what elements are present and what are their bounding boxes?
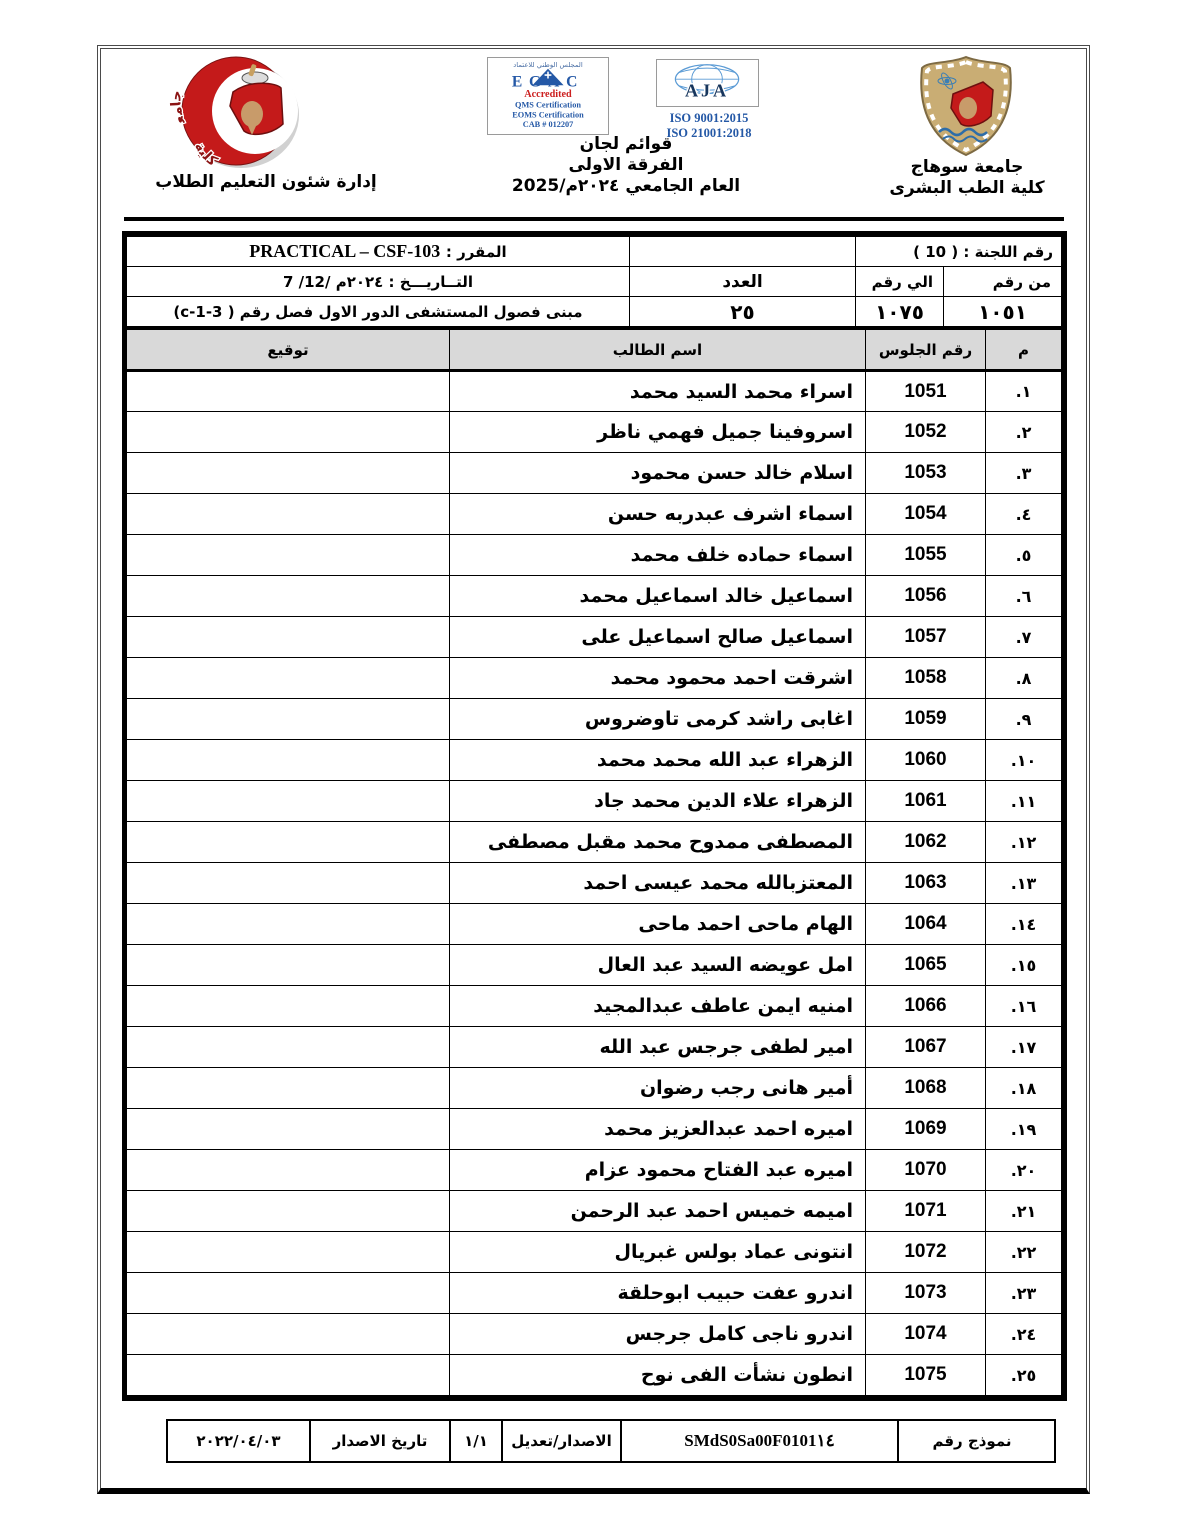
iso-9001-label: ISO 9001:2015 (634, 111, 784, 126)
row-signature-cell (127, 904, 450, 945)
students-table-header: م رقم الجلوس اسم الطالب توقيع (127, 329, 1062, 371)
row-signature-cell (127, 1232, 450, 1273)
row-serial: ٧. (986, 617, 1062, 658)
row-student-name: اسماء اشرف عبدربه حسن (450, 494, 866, 535)
signature-header: توقيع (127, 329, 450, 371)
row-seat-number: 1061 (866, 781, 986, 822)
row-signature-cell (127, 535, 450, 576)
table-row: ٨.1058اشرقت احمد محمود محمد (127, 658, 1062, 699)
table-row: ٦.1056اسماعيل خالد اسماعيل محمد (127, 576, 1062, 617)
svg-text:EOMS Certification: EOMS Certification (512, 110, 584, 119)
svg-text:Accredited: Accredited (524, 89, 572, 100)
row-student-name: امنيه ايمن عاطف عبدالمجيد (450, 986, 866, 1027)
row-signature-cell (127, 781, 450, 822)
row-seat-number: 1051 (866, 371, 986, 412)
svg-text:AJA: AJA (685, 80, 729, 100)
row-student-name: اميمه خميس احمد عبد الرحمن (450, 1191, 866, 1232)
table-row: ٣.1053اسلام خالد حسن محمود (127, 453, 1062, 494)
table-row: ٢٥.1075انطون نشأت الفى نوح (127, 1355, 1062, 1396)
row-seat-number: 1054 (866, 494, 986, 535)
row-signature-cell (127, 1068, 450, 1109)
aja-globe-logo: AJA (656, 59, 759, 107)
row-student-name: اشرقت احمد محمود محمد (450, 658, 866, 699)
students-table: م رقم الجلوس اسم الطالب توقيع ١.1051اسرا… (126, 327, 1062, 1396)
table-row: ٩.1059اغابى راشد كرمى تاوضروس (127, 699, 1062, 740)
course-cell: المقرر : PRACTICAL – CSF-103 (127, 237, 630, 267)
row-seat-number: 1072 (866, 1232, 986, 1273)
row-signature-cell (127, 1191, 450, 1232)
row-serial: ٢١. (986, 1191, 1062, 1232)
row-seat-number: 1062 (866, 822, 986, 863)
row-signature-cell (127, 658, 450, 699)
row-serial: ٩. (986, 699, 1062, 740)
row-serial: ٢٣. (986, 1273, 1062, 1314)
row-student-name: الزهراء عبد الله محمد محمد (450, 740, 866, 781)
row-signature-cell (127, 822, 450, 863)
row-serial: ١٤. (986, 904, 1062, 945)
row-seat-number: 1068 (866, 1068, 986, 1109)
table-row: ١٣.1063المعتزبالله محمد عيسى احمد (127, 863, 1062, 904)
issue-value: ١/١ (450, 1420, 502, 1462)
row-signature-cell (127, 412, 450, 453)
from-number-label: من رقم (944, 267, 1062, 297)
from-number-value: ١٠٥١ (944, 297, 1062, 327)
page: { "header": { "right": { "university": "… (0, 0, 1187, 1536)
table-row: ٢٢.1072انتونى عماد بولس غبريال (127, 1232, 1062, 1273)
to-number-value: ١٠٧٥ (856, 297, 944, 327)
row-signature-cell (127, 617, 450, 658)
row-student-name: اسماء حماده خلف محمد (450, 535, 866, 576)
row-serial: ١٥. (986, 945, 1062, 986)
form-footer: نموذج رقم SMdS0Sa00F0101١٤ الاصدار/تعديل… (168, 1419, 1056, 1463)
row-signature-cell (127, 863, 450, 904)
row-signature-cell (127, 576, 450, 617)
row-serial: ٢٢. (986, 1232, 1062, 1273)
header-divider-rule (124, 217, 1064, 221)
row-signature-cell (127, 1027, 450, 1068)
row-seat-number: 1058 (866, 658, 986, 699)
row-serial: ٨. (986, 658, 1062, 699)
row-serial: ٣. (986, 453, 1062, 494)
row-serial: ١. (986, 371, 1062, 412)
svg-text:QMS Certification: QMS Certification (515, 101, 581, 110)
issue-date-label: تاريخ الاصدار (310, 1420, 450, 1462)
row-signature-cell (127, 1109, 450, 1150)
row-seat-number: 1069 (866, 1109, 986, 1150)
row-student-name: اميره عبد الفتاح محمود عزام (450, 1150, 866, 1191)
row-seat-number: 1070 (866, 1150, 986, 1191)
row-seat-number: 1074 (866, 1314, 986, 1355)
row-student-name: اسلام خالد حسن محمود (450, 453, 866, 494)
row-seat-number: 1059 (866, 699, 986, 740)
row-signature-cell (127, 1273, 450, 1314)
row-student-name: انطون نشأت الفى نوح (450, 1355, 866, 1396)
location-cell: مبنى فصول المستشفى الدور الاول فصل رقم (… (127, 297, 630, 327)
row-serial: ١١. (986, 781, 1062, 822)
row-signature-cell (127, 494, 450, 535)
row-signature-cell (127, 945, 450, 986)
faculty-of-medicine-crescent-logo: جامعة سوهاج كلية الطب (151, 52, 331, 170)
form-number-label: نموذج رقم (898, 1420, 1055, 1462)
row-seat-number: 1071 (866, 1191, 986, 1232)
egac-accreditation-logo: المجلس الوطني للاعتماد EGAC Accredited Q… (487, 57, 609, 135)
svg-text:المجلس الوطني للاعتماد: المجلس الوطني للاعتماد (513, 61, 583, 69)
student-rows: ١.1051اسراء محمد السيد محمد٢.1052اسروفين… (127, 371, 1062, 1396)
row-serial: ١٦. (986, 986, 1062, 1027)
row-student-name: أمير هانى رجب رضوان (450, 1068, 866, 1109)
row-student-name: الهام ماحى احمد ماحى (450, 904, 866, 945)
row-seat-number: 1055 (866, 535, 986, 576)
row-student-name: الزهراء علاء الدين محمد جاد (450, 781, 866, 822)
table-row: ٤.1054اسماء اشرف عبدربه حسن (127, 494, 1062, 535)
row-serial: ١٢. (986, 822, 1062, 863)
serial-header: م (986, 329, 1062, 371)
row-student-name: اسماعيل خالد اسماعيل محمد (450, 576, 866, 617)
faculty-name: كلية الطب البشرى (871, 178, 1063, 199)
row-serial: ٢٠. (986, 1150, 1062, 1191)
table-row: ٢٠.1070اميره عبد الفتاح محمود عزام (127, 1150, 1062, 1191)
row-student-name: اندرو عفت حبيب ابوحلقة (450, 1273, 866, 1314)
row-student-name: المصطفى ممدوح محمد مقبل مصطفى (450, 822, 866, 863)
table-row: ١٨.1068أمير هانى رجب رضوان (127, 1068, 1062, 1109)
form-footer-table: نموذج رقم SMdS0Sa00F0101١٤ الاصدار/تعديل… (166, 1419, 1056, 1463)
row-seat-number: 1060 (866, 740, 986, 781)
table-row: ٥.1055اسماء حماده خلف محمد (127, 535, 1062, 576)
table-row: ١١.1061الزهراء علاء الدين محمد جاد (127, 781, 1062, 822)
issue-date-value: ٢٠٢٢/٠٤/٠٣ (167, 1420, 310, 1462)
row-signature-cell (127, 1355, 450, 1396)
row-student-name: اندرو ناجى كامل جرجس (450, 1314, 866, 1355)
count-value: ٢٥ (630, 297, 856, 327)
committee-info-table: رقم اللجنة : ( 10 ) المقرر : PRACTICAL –… (126, 236, 1062, 327)
row-student-name: اميره احمد عبدالعزيز محمد (450, 1109, 866, 1150)
table-row: ٢١.1071اميمه خميس احمد عبد الرحمن (127, 1191, 1062, 1232)
table-row: ٢.1052اسروفينا جميل فهمي ناظر (127, 412, 1062, 453)
table-row: ١٢.1062المصطفى ممدوح محمد مقبل مصطفى (127, 822, 1062, 863)
row-signature-cell (127, 740, 450, 781)
row-student-name: اسراء محمد السيد محمد (450, 371, 866, 412)
seat-number-header: رقم الجلوس (866, 329, 986, 371)
row-seat-number: 1067 (866, 1027, 986, 1068)
row-seat-number: 1063 (866, 863, 986, 904)
sohag-university-shield-logo (911, 54, 1021, 159)
row-seat-number: 1053 (866, 453, 986, 494)
doc-title-line3: العام الجامعي 2025/٢٠٢٤م (476, 176, 776, 197)
table-row: ٧.1057اسماعيل صالح اسماعيل على (127, 617, 1062, 658)
row-serial: ١٧. (986, 1027, 1062, 1068)
student-name-header: اسم الطالب (450, 329, 866, 371)
row-signature-cell (127, 986, 450, 1027)
row-student-name: اسروفينا جميل فهمي ناظر (450, 412, 866, 453)
row-serial: ٢٤. (986, 1314, 1062, 1355)
count-label: العدد (630, 267, 856, 297)
issue-label: الاصدار/تعديل (502, 1420, 621, 1462)
committee-table-block: رقم اللجنة : ( 10 ) المقرر : PRACTICAL –… (122, 231, 1067, 1401)
table-row: ١٦.1066امنيه ايمن عاطف عبدالمجيد (127, 986, 1062, 1027)
row-student-name: امل عويضه السيد عبد العال (450, 945, 866, 986)
doc-title-line2: الفرقة الاولى (476, 155, 776, 176)
row-student-name: اسماعيل صالح اسماعيل على (450, 617, 866, 658)
table-row: ١٩.1069اميره احمد عبدالعزيز محمد (127, 1109, 1062, 1150)
table-row: ١.1051اسراء محمد السيد محمد (127, 371, 1062, 412)
row-seat-number: 1075 (866, 1355, 986, 1396)
row-signature-cell (127, 453, 450, 494)
row-seat-number: 1057 (866, 617, 986, 658)
form-code-cell: SMdS0Sa00F0101١٤ (621, 1420, 898, 1462)
row-serial: ٥. (986, 535, 1062, 576)
table-row: ٢٣.1073اندرو عفت حبيب ابوحلقة (127, 1273, 1062, 1314)
row-signature-cell (127, 1314, 450, 1355)
row-signature-cell (127, 371, 450, 412)
row-signature-cell (127, 1150, 450, 1191)
mortar-icon (242, 72, 268, 84)
row-serial: ٤. (986, 494, 1062, 535)
row-seat-number: 1056 (866, 576, 986, 617)
row-seat-number: 1052 (866, 412, 986, 453)
doc-title-line1: قوائم لجان (476, 134, 776, 155)
row-student-name: المعتزبالله محمد عيسى احمد (450, 863, 866, 904)
committee-number-cell: رقم اللجنة : ( 10 ) (856, 237, 1062, 267)
row-serial: ١٣. (986, 863, 1062, 904)
row-serial: ٢. (986, 412, 1062, 453)
row-seat-number: 1064 (866, 904, 986, 945)
to-number-label: الي رقم (856, 267, 944, 297)
table-row: ١٧.1067امير لطفى جرجس عبد الله (127, 1027, 1062, 1068)
row-seat-number: 1073 (866, 1273, 986, 1314)
svg-text:CAB # 012207: CAB # 012207 (523, 120, 574, 129)
row-student-name: انتونى عماد بولس غبريال (450, 1232, 866, 1273)
svg-text:جامعة سوهاج: جامعة سوهاج (151, 52, 189, 127)
row-serial: ١٨. (986, 1068, 1062, 1109)
department-name: إدارة شئون التعليم الطلاب (131, 172, 401, 192)
row-serial: ٦. (986, 576, 1062, 617)
table-row: ١٠.1060الزهراء عبد الله محمد محمد (127, 740, 1062, 781)
empty-cell (630, 237, 856, 267)
row-seat-number: 1065 (866, 945, 986, 986)
row-serial: ١٠. (986, 740, 1062, 781)
university-name: جامعة سوهاج (871, 157, 1063, 178)
row-serial: ٢٥. (986, 1355, 1062, 1396)
date-cell: التــاريـــخ : 7 /12/ ٢٠٢٤م (127, 267, 630, 297)
row-student-name: امير لطفى جرجس عبد الله (450, 1027, 866, 1068)
table-row: ٢٤.1074اندرو ناجى كامل جرجس (127, 1314, 1062, 1355)
table-row: ١٥.1065امل عويضه السيد عبد العال (127, 945, 1062, 986)
row-serial: ١٩. (986, 1109, 1062, 1150)
row-student-name: اغابى راشد كرمى تاوضروس (450, 699, 866, 740)
table-row: ١٤.1064الهام ماحى احمد ماحى (127, 904, 1062, 945)
row-signature-cell (127, 699, 450, 740)
page-frame: جامعة سوهاج كلية الطب البشرى المجلس الوط… (97, 45, 1090, 1494)
row-seat-number: 1066 (866, 986, 986, 1027)
